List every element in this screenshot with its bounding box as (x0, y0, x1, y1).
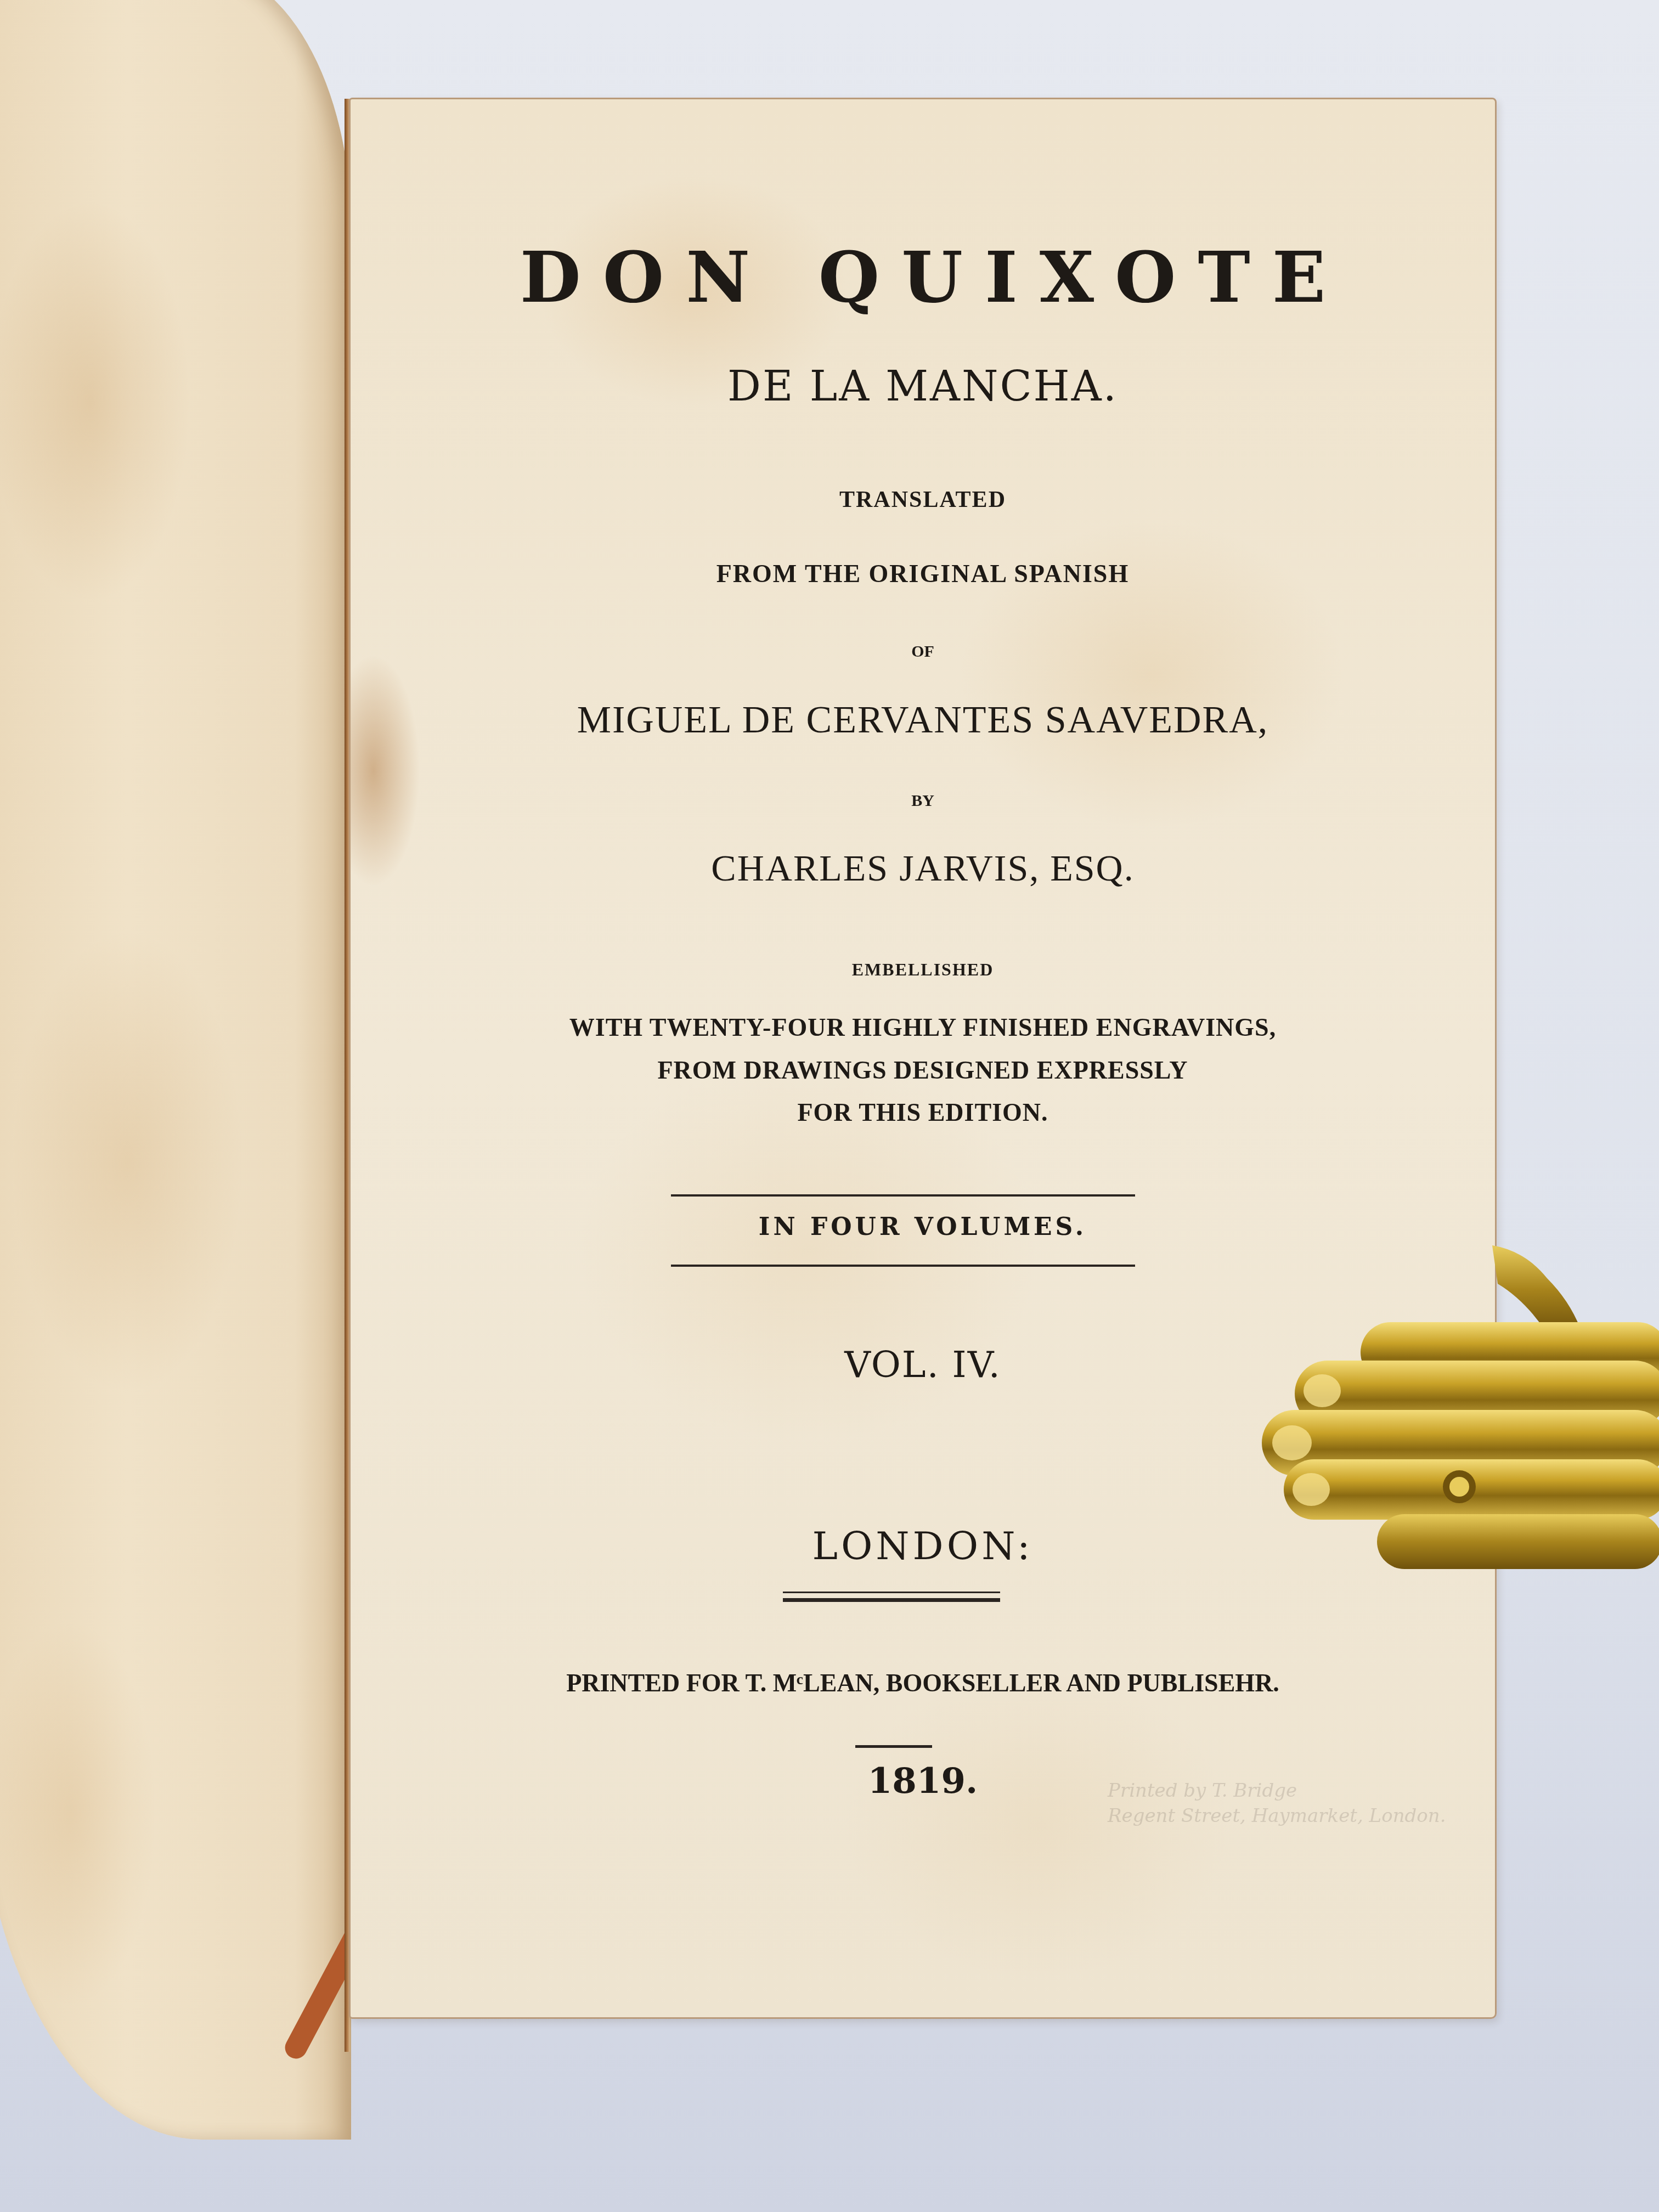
title-page-content: DON QUIXOTE DE LA MANCHA. TRANSLATED FRO… (351, 99, 1495, 2017)
translated-label: TRANSLATED (351, 487, 1495, 513)
imprint-publisher: PRINTED FOR T. MᶜLEAN, BOOKSELLER AND PU… (351, 1668, 1495, 1697)
embellishment-line: FROM DRAWINGS DESIGNED EXPRESSLY (351, 1056, 1495, 1085)
show-through-line: Regent Street, Haymarket, London. (1108, 1803, 1446, 1829)
brass-hand-clip-icon (1240, 1229, 1659, 1602)
embellishment-line: WITH TWENTY-FOUR HIGHLY FINISHED ENGRAVI… (351, 1013, 1495, 1042)
short-rule (855, 1745, 932, 1748)
publication-year: 1819. (351, 1760, 1495, 1802)
embellished-label: EMBELLISHED (351, 960, 1495, 980)
title-page: DON QUIXOTE DE LA MANCHA. TRANSLATED FRO… (349, 98, 1497, 2019)
author-name: MIGUEL DE CERVANTES SAAVEDRA, (351, 698, 1495, 742)
left-blank-page (0, 0, 351, 2140)
divider-rule (671, 1194, 1135, 1197)
double-rule-thick (783, 1598, 1000, 1602)
of-label: OF (351, 642, 1495, 661)
translator-name: CHARLES JARVIS, ESQ. (351, 847, 1495, 890)
book-title: DON QUIXOTE (351, 236, 1495, 319)
from-original-label: FROM THE ORIGINAL SPANISH (351, 559, 1495, 588)
double-rule-thin (783, 1592, 1000, 1593)
book-subtitle: DE LA MANCHA. (351, 362, 1495, 410)
book-photo-scene: DON QUIXOTE DE LA MANCHA. TRANSLATED FRO… (0, 0, 1659, 2212)
divider-rule (671, 1265, 1135, 1267)
by-label: BY (351, 792, 1495, 810)
embellishment-line: FOR THIS EDITION. (351, 1098, 1495, 1127)
